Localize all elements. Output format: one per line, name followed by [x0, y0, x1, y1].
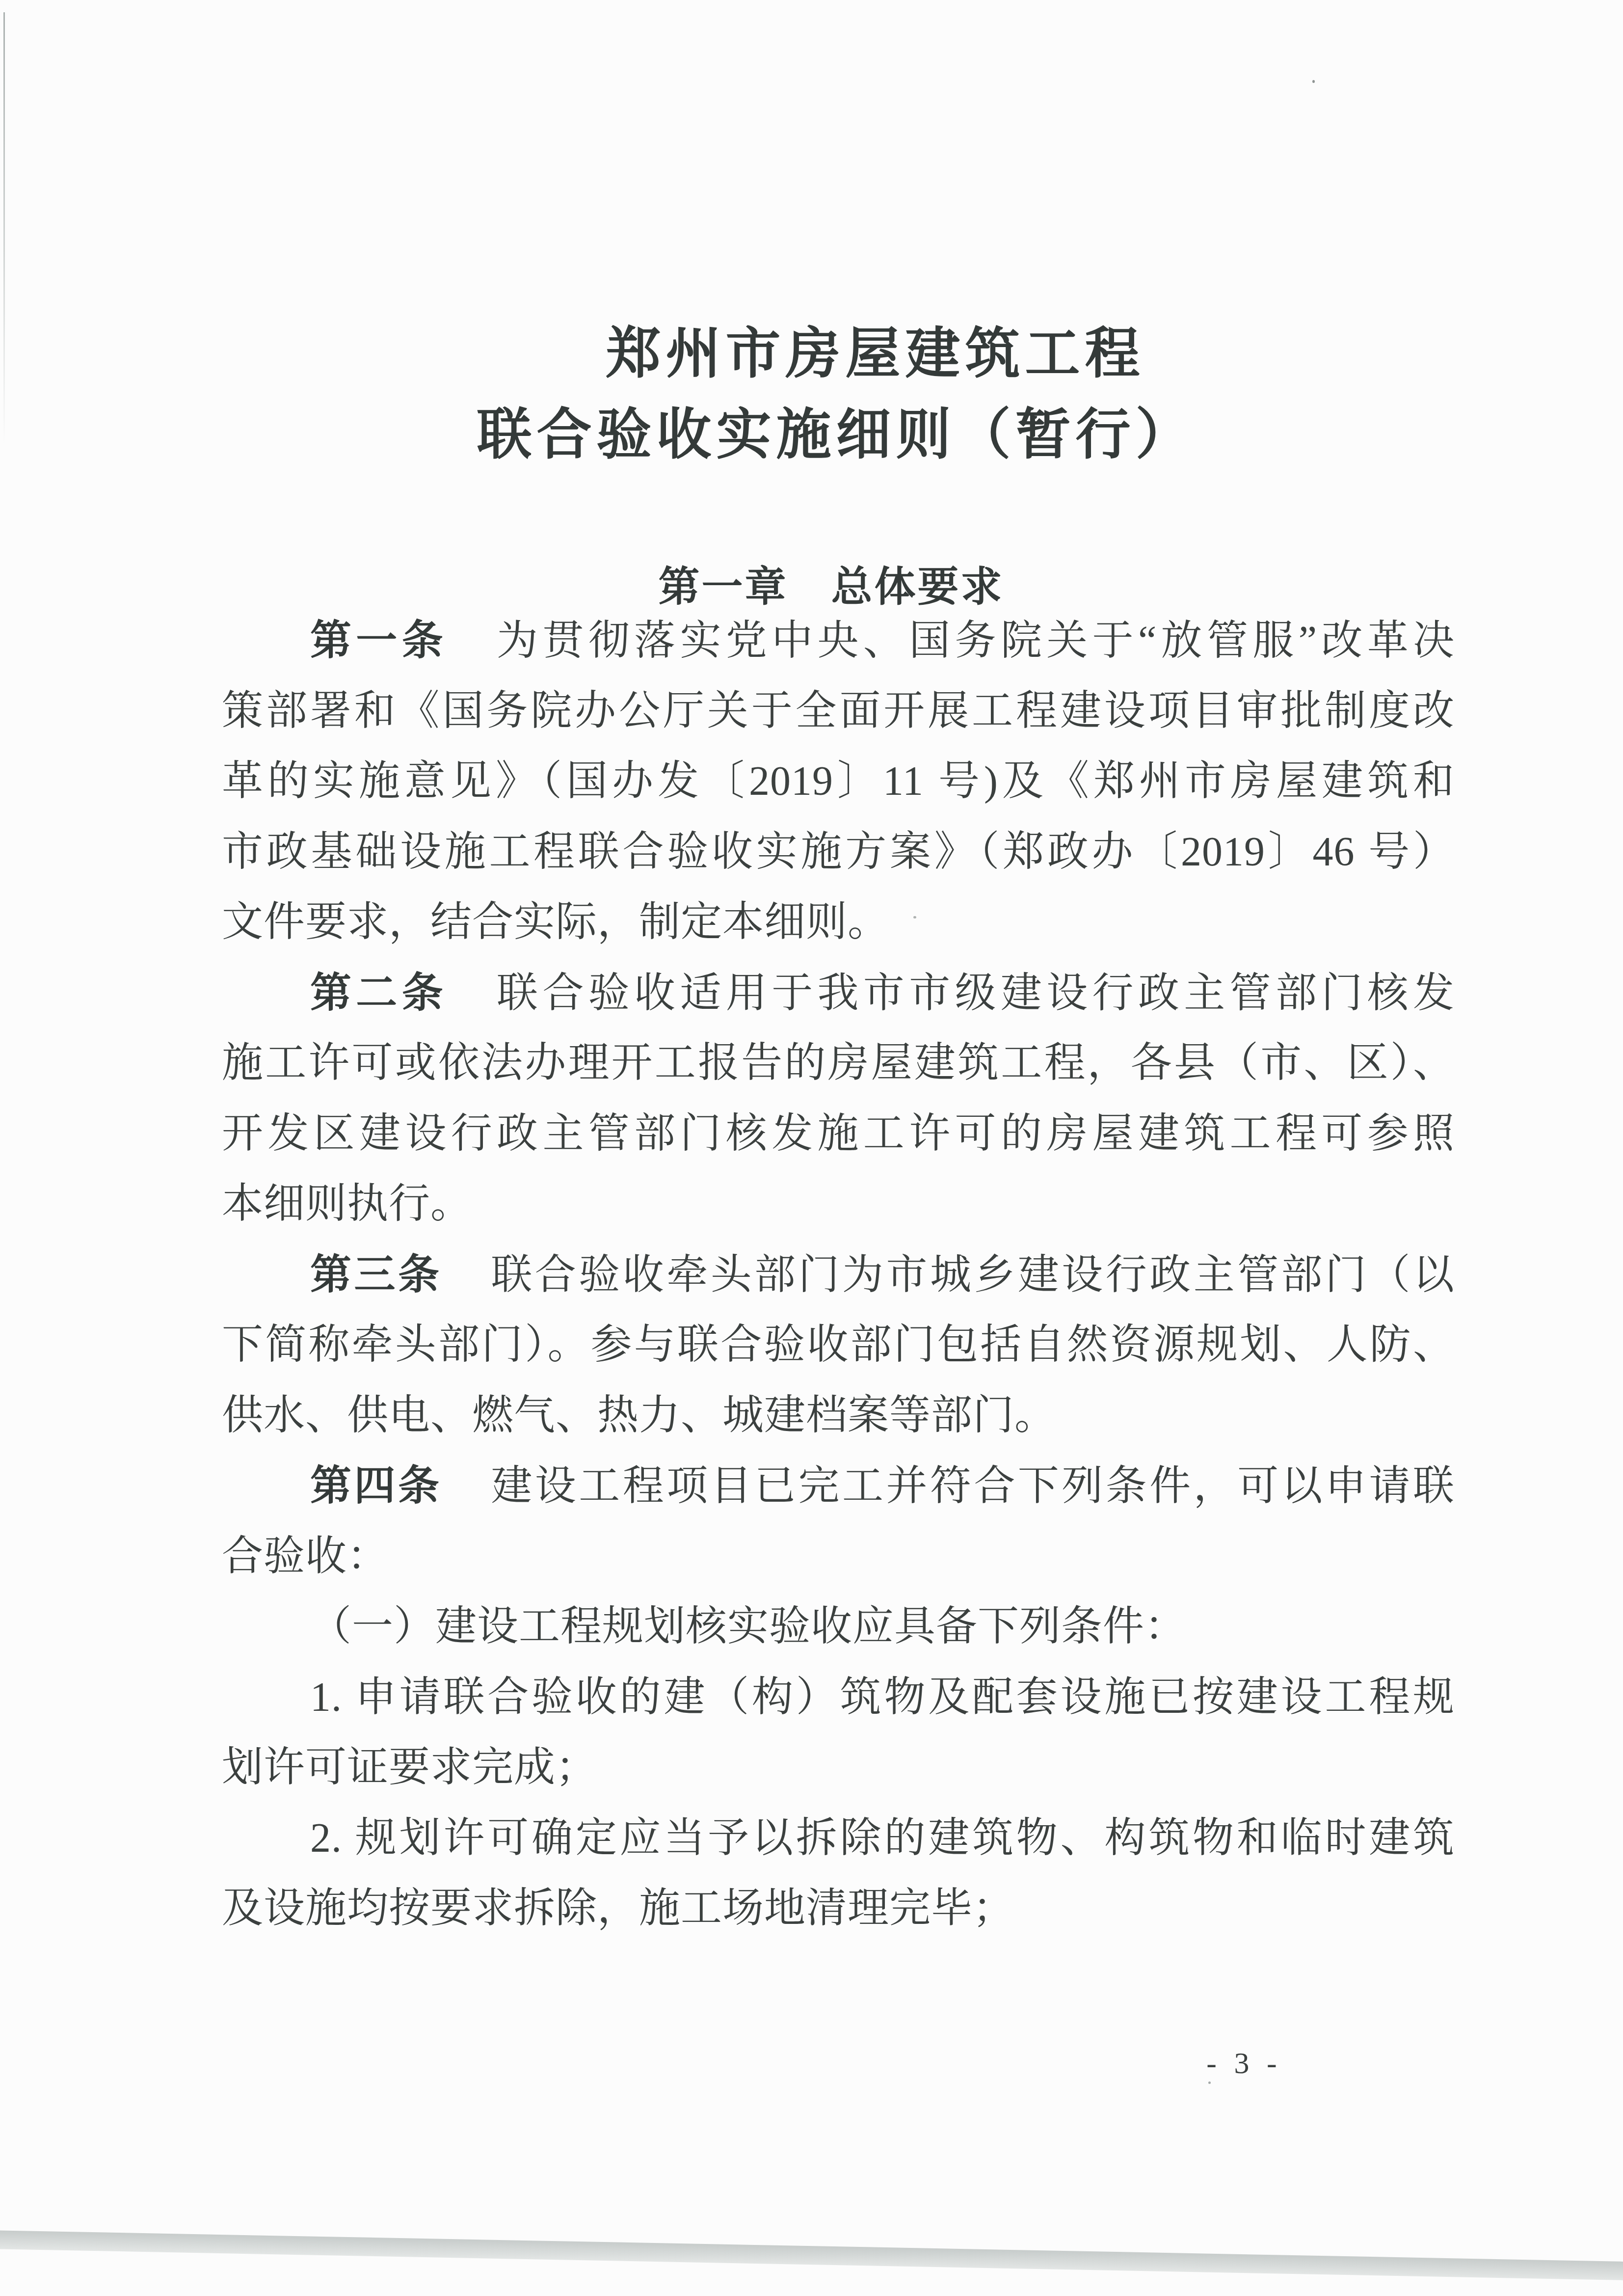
- text-line: 划许可证要求完成；: [222, 1732, 1455, 1803]
- text-line: （一）建设工程规划核实验收应具备下列条件：: [222, 1592, 1455, 1662]
- document-title: 郑州市房屋建筑工程 联合验收实施细则（暂行）: [0, 314, 1623, 476]
- document-lines: 第一条为贯彻落实党中央、国务院关于“放管服”改革决策部署和《国务院办公厅关于全面…: [222, 605, 1455, 1944]
- text-line: 1. 申请联合验收的建（构）筑物及配套设施已按建设工程规: [222, 1662, 1455, 1733]
- scan-speck: [913, 916, 916, 918]
- chapter-heading: 第一章 总体要求: [20, 554, 1623, 613]
- page-number: - 3 -: [1173, 2046, 1315, 2081]
- text-line: 第四条建设工程项目已完工并符合下列条件，可以申请联: [222, 1451, 1455, 1521]
- text-line: 策部署和《国务院办公厅关于全面开展工程建设项目审批制度改: [222, 676, 1455, 747]
- text-line: 供水、供电、燃气、热力、城建档案等部门。: [222, 1380, 1455, 1451]
- text-line: 下简称牵头部门）。参与联合验收部门包括自然资源规划、人防、: [222, 1310, 1455, 1380]
- text-line: 施工许可或依法办理开工报告的房屋建筑工程，各县（市、区）、: [222, 1028, 1455, 1099]
- text-line: 革的实施意见》（国办发〔2019〕11 号)及《郑州市房屋建筑和: [222, 746, 1455, 817]
- text-line: 及设施均按要求拆除，施工场地清理完毕；: [222, 1873, 1455, 1944]
- article-number: 第三条: [310, 1251, 442, 1297]
- text-line: 文件要求，结合实际，制定本细则。: [222, 887, 1455, 958]
- scan-speck: [1312, 80, 1315, 83]
- text-line: 本细则执行。: [222, 1169, 1455, 1240]
- text-line: 第三条联合验收牵头部门为市城乡建设行政主管部门（以: [222, 1240, 1455, 1310]
- title-line-2: 联合验收实施细则（暂行）: [25, 395, 1623, 476]
- document-page: 郑州市房屋建筑工程 联合验收实施细则（暂行） 第一章 总体要求 第一条为贯彻落实…: [0, 0, 1623, 2296]
- text-line: 市政基础设施工程联合验收实施方案》（郑政办〔2019〕46 号）: [222, 817, 1455, 888]
- text-line: 开发区建设行政主管部门核发施工许可的房屋建筑工程可参照: [222, 1099, 1455, 1169]
- article-number: 第一条: [310, 617, 448, 663]
- text-line: 2. 规划许可确定应当予以拆除的建筑物、构筑物和临时建筑: [222, 1803, 1455, 1874]
- text-line: 第二条联合验收适用于我市市级建设行政主管部门核发: [222, 958, 1455, 1028]
- document-body: 第一条为贯彻落实党中央、国务院关于“放管服”改革决策部署和《国务院办公厅关于全面…: [222, 605, 1455, 1944]
- text-line: 合验收：: [222, 1521, 1455, 1592]
- text-line: 第一条为贯彻落实党中央、国务院关于“放管服”改革决: [222, 605, 1455, 676]
- scan-speck: [1208, 2081, 1211, 2084]
- article-number: 第四条: [310, 1462, 442, 1509]
- scan-shadow-band: [0, 2230, 1623, 2281]
- title-line-1: 郑州市房屋建筑工程: [64, 314, 1623, 395]
- article-number: 第二条: [310, 970, 448, 1016]
